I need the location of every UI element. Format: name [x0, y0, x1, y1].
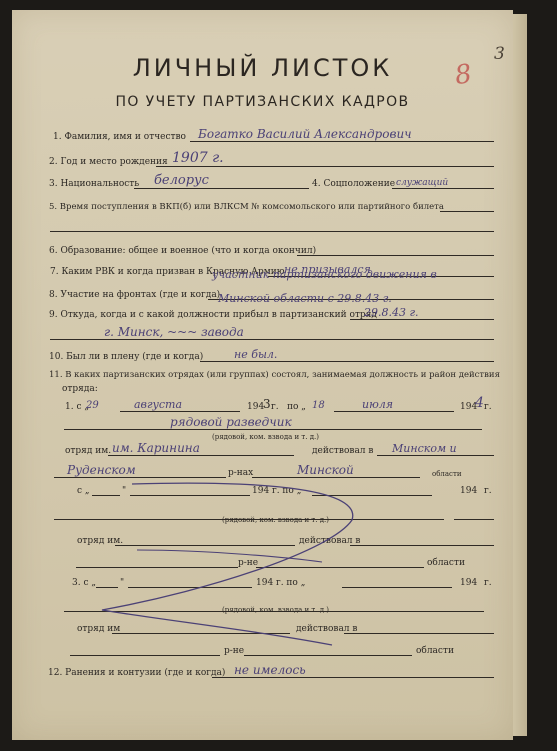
entry-3-g: г. [484, 578, 492, 588]
entry-1-dates-row: 1. с „ 29 августа 194 3 г. по „ 18 июля … [12, 398, 513, 414]
entry-2-year-suffix: г. по „ [272, 486, 301, 496]
entry-2-to-line [312, 495, 432, 496]
field-9-line-2 [50, 339, 494, 340]
entry-2-region-label: области [427, 558, 465, 568]
entry-1-year-to-suffix: г. [484, 402, 492, 412]
field-1-label: 1. Фамилия, имя и отчество [53, 132, 186, 142]
field-5-line [440, 211, 494, 212]
field-8-label: 8. Участие на фронтах (где и когда) [49, 290, 220, 300]
entry-1-position-row: рядовой разведчик [12, 416, 513, 432]
entry-2-acted-line [350, 545, 494, 546]
field-10-label: 10. Был ли в плену (где и когда) [49, 352, 203, 362]
field-10-row: 10. Был ли в плену (где и когда) не был. [12, 348, 513, 364]
entry-2-month-line [130, 495, 250, 496]
entry-2-quote: " [122, 486, 126, 496]
field-2-value: 1907 г. [172, 150, 224, 166]
field-9-label: 9. Откуда, когда и с какой должности при… [49, 310, 377, 320]
entry-1-position: рядовой разведчик [170, 415, 292, 429]
entry-3-prefix: 3. с „ [72, 578, 96, 588]
entry-2-year-to: 194 [460, 486, 477, 496]
field-5-row: 5. Время поступления в ВКП(б) или ВЛКСМ … [12, 198, 513, 214]
entry-1-unit: им. Каринина [112, 441, 200, 455]
field-12-label: 12. Ранения и контузии (где и когда) [48, 668, 225, 678]
entry-3-unit-line [112, 633, 290, 634]
field-2-line [156, 166, 494, 167]
entry-1-district-line [54, 477, 226, 478]
entry-2-unit-line [115, 545, 295, 546]
entry-1-year-to-digit: 4 [475, 395, 484, 411]
entry-1-district-row: Руденском р-нах Минской области [12, 464, 513, 480]
field-5-label: 5. Время поступления в ВКП(б) или ВЛКСМ … [49, 202, 444, 212]
entry-2-district-line [76, 567, 238, 568]
field-10-line [200, 361, 494, 362]
entry-1-position-hint: (рядовой, ком. взвода и т. д.) [212, 433, 319, 441]
entry-1-district-label: р-нах [228, 468, 253, 478]
field-10-value: не был. [234, 348, 277, 361]
field-4-line [392, 188, 494, 189]
field-9-value-line-1: 29.8.43 г. [364, 306, 419, 319]
entry-1-day-from: 29 [86, 400, 99, 411]
entry-3-to-line [342, 587, 452, 588]
document-subtitle: ПО УЧЕТУ ПАРТИЗАНСКИХ КАДРОВ [12, 94, 513, 110]
field-9-row: 9. Откуда, когда и с какой должности при… [12, 306, 513, 322]
entry-1-acted-in: Минском и [392, 442, 457, 455]
entry-3-month-line [128, 587, 252, 588]
entry-2-district-row: р-не области [12, 554, 513, 570]
field-12-row: 12. Ранения и контузии (где и когда) не … [12, 664, 513, 680]
entry-1-region: Минской [297, 463, 354, 477]
field-9-row-2: г. Минск, ~~~ завода [12, 326, 513, 342]
entry-2-position-line-b [454, 519, 494, 520]
entry-2-position-hint: (рядовой, ком. взвода и т. д.) [222, 516, 329, 524]
entry-3-position-hint: (рядовой, ком. взвода и т. д.) [222, 606, 329, 614]
field-5-row-2 [12, 218, 513, 234]
entry-1-year-from-suffix: г. [271, 402, 279, 412]
entry-1-unit-row: отряд им. им. Каринина действовал в Минс… [12, 442, 513, 458]
entry-3-year-suffix: г. по „ [276, 578, 305, 588]
entry-3-unit-row: отряд им действовал в [12, 620, 513, 636]
field-12-value: не имелось [234, 663, 306, 677]
field-9-line [350, 319, 494, 320]
field-11-row-cont: отряда: [12, 380, 513, 396]
entry-3-quote: " [120, 578, 124, 588]
entry-2-dates-row: с „ " 194 г. по „ 194 г. [12, 482, 513, 498]
entry-1-unit-label: отряд им. [65, 446, 111, 456]
entry-1-to-prefix: по „ [287, 402, 306, 412]
document-page: ЛИЧНЫЙ ЛИСТОК ПО УЧЕТУ ПАРТИЗАНСКИХ КАДР… [12, 10, 513, 740]
entry-3-district-line [70, 655, 220, 656]
entry-3-acted-line [344, 633, 494, 634]
entry-3-district-label: р-не [224, 646, 244, 656]
entry-1-year-from-digit: 3 [263, 397, 271, 411]
field-3-4-row: 3. Национальность белорус 4. Соцположени… [12, 175, 513, 191]
entry-3-day-line [96, 587, 118, 588]
field-1-line [190, 141, 494, 142]
field-9-value-line-2: г. Минск, ~~~ завода [104, 325, 244, 339]
field-3-label: 3. Национальность [49, 179, 139, 189]
field-1-row: 1. Фамилия, имя и отчество Богатко Васил… [12, 128, 513, 144]
entry-1-acted-line [377, 455, 494, 456]
page-number: 3 [494, 44, 505, 64]
entry-1-district: Руденском [67, 463, 136, 477]
entry-1-year-from-prefix: 194 [247, 402, 264, 412]
entry-2-prefix: с „ [77, 486, 90, 496]
entry-1-acted-label: действовал в [312, 446, 373, 456]
entry-1-month-from-line [120, 411, 240, 412]
field-3-value: белорус [154, 173, 209, 188]
field-6-row: 6. Образование: общее и военное (что и к… [12, 242, 513, 258]
entry-1-region-line [252, 477, 420, 478]
entry-1-month-from: августа [134, 398, 182, 411]
entry-3-year-to: 194 [460, 578, 477, 588]
entry-3-region-line [244, 655, 412, 656]
entry-2-g: г. [484, 486, 492, 496]
field-4-label: 4. Соцположение [312, 179, 395, 189]
document-title: ЛИЧНЫЙ ЛИСТОК [12, 54, 513, 82]
entry-1-month-to: июля [362, 398, 393, 411]
field-8-value-line-2: Минской области с 29.8.43 г. [218, 292, 392, 305]
entry-3-district-row: р-не области [12, 642, 513, 658]
field-6-label: 6. Образование: общее и военное (что и к… [49, 246, 316, 256]
entry-1-day-to: 18 [312, 400, 325, 411]
field-4-value: служащий [396, 178, 448, 188]
field-11-label-cont: отряда: [62, 384, 98, 394]
entry-3-region-label: области [416, 646, 454, 656]
field-5-line-2 [50, 231, 494, 232]
entry-3-year-prefix: 194 [256, 578, 273, 588]
entry-2-year-prefix: 194 [252, 486, 269, 496]
field-3-line [134, 188, 309, 189]
field-6-line [297, 255, 494, 256]
field-1-value: Богатко Василий Александрович [198, 127, 412, 141]
field-11-label: 11. В каких партизанских отрядах (или гр… [49, 370, 500, 380]
entry-3-dates-row: 3. с „ " 194 г. по „ 194 г. [12, 574, 513, 590]
entry-2-unit-row: отряд им. действовал в [12, 532, 513, 548]
field-8-value-line-1: участник партизанского движения в [212, 268, 437, 281]
entry-1-month-to-line [334, 411, 454, 412]
entry-2-region-line [256, 567, 424, 568]
field-2-row: 2. Год и место рождения 1907 г. [12, 153, 513, 169]
field-2-label: 2. Год и место рождения [49, 157, 168, 167]
entry-1-position-line [64, 429, 482, 430]
field-12-line [212, 677, 494, 678]
entry-1-region-label: области [432, 470, 462, 478]
entry-2-day-line [92, 495, 120, 496]
entry-1-unit-line [108, 455, 294, 456]
